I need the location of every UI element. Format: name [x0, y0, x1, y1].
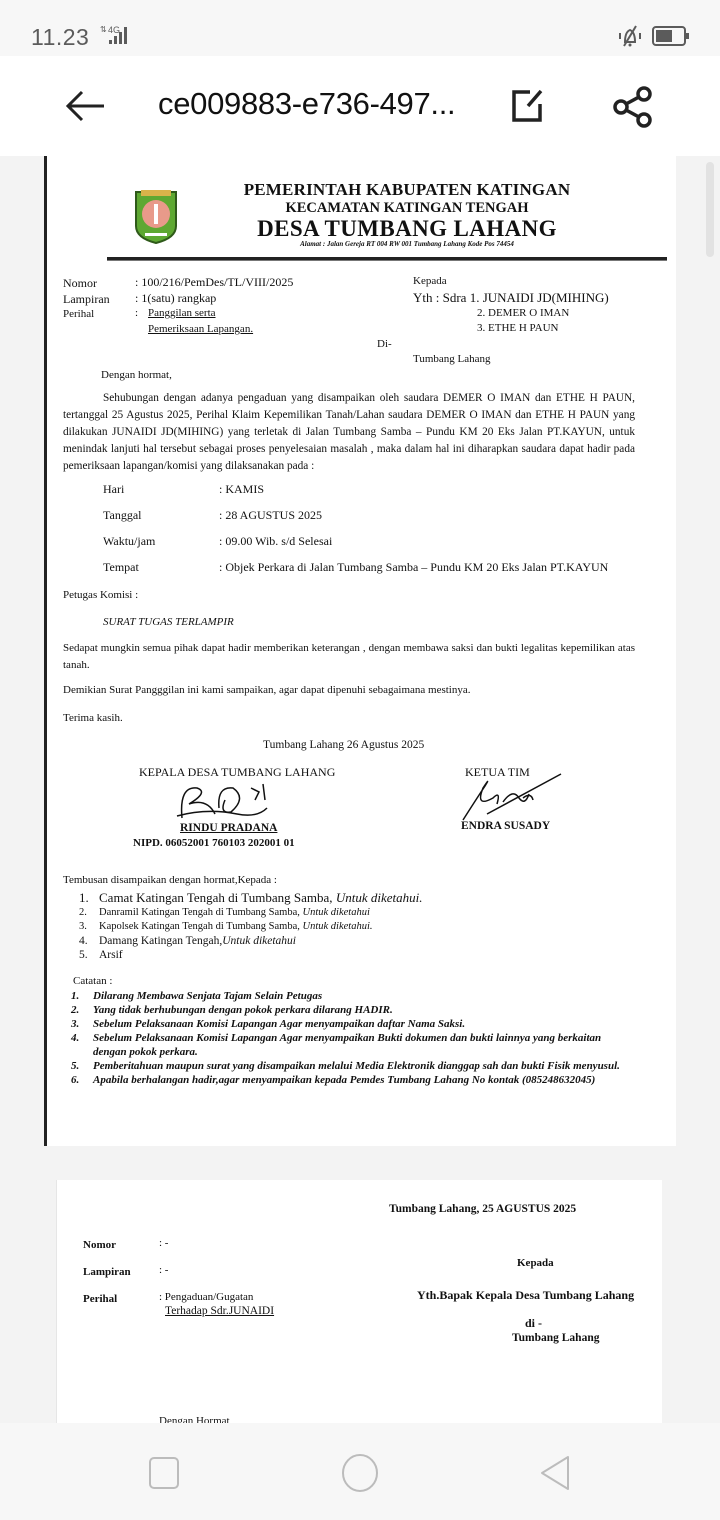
vertical-scrollbar[interactable] [706, 162, 714, 257]
edit-icon[interactable] [508, 86, 548, 126]
page2-di: di - [525, 1316, 542, 1331]
perihal-line1: Panggilan serta [148, 306, 216, 321]
cc-item: 5.Arsif [79, 948, 422, 962]
letterhead-village: DESA TUMBANG LAHANG [147, 216, 667, 242]
document-page-1: PEMERINTAH KABUPATEN KATINGAN KECAMATAN … [44, 156, 676, 1146]
home-circle-icon[interactable] [340, 1453, 380, 1493]
signature-left [167, 778, 297, 826]
recipient-place: Tumbang Lahang [413, 352, 491, 367]
note-item: 4.Sebelum Pelaksanaan Komisi Lapangan Ag… [71, 1031, 631, 1059]
greeting: Dengan hormat, [101, 368, 172, 383]
cc-item: 3.Kapolsek Katingan Tengah di Tumbang Sa… [79, 920, 422, 934]
letterhead-divider [107, 257, 667, 261]
perihal-colon: : [135, 306, 138, 321]
notes-list: 1.Dilarang Membawa Senjata Tajam Selain … [71, 989, 631, 1087]
nomor-value: : 100/216/PemDes/TL/VIII/2025 [135, 275, 293, 290]
battery-icon [652, 25, 690, 47]
signatory-right-name: ENDRA SUSADY [461, 819, 550, 834]
cc-item: 4.Damang Katingan Tengah,Untuk diketahui [79, 934, 422, 948]
cc-list: 1.Camat Katingan Tengah di Tumbang Samba… [79, 890, 422, 962]
nomor-label: Nomor [63, 276, 97, 291]
page2-perihal-line1: : Pengaduan/Gugatan [159, 1290, 253, 1305]
recipient-yth: Yth : Sdra 1. JUNAIDI JD(MIHING) [413, 290, 609, 305]
recipient-kepada: Kepada [413, 274, 447, 289]
document-title: ce009883-e736-497... [158, 86, 455, 122]
body-paragraph: Sehubungan dengan adanya pengaduan yang … [63, 390, 635, 475]
thanks-text: Terima kasih. [63, 711, 123, 726]
page2-nomor-value: : - [159, 1236, 168, 1251]
app-bar: ce009883-e736-497... [0, 56, 720, 156]
cc-item: 2.Danramil Katingan Tengah di Tumbang Sa… [79, 906, 422, 920]
note-item: 6.Apabila berhalangan hadir,agar menyamp… [71, 1073, 631, 1087]
petugas-value: SURAT TUGAS TERLAMPIR [103, 615, 234, 630]
recipient-2: 2. DEMER O IMAN [477, 306, 569, 321]
page2-nomor-label: Nomor [83, 1238, 116, 1253]
document-viewer[interactable]: PEMERINTAH KABUPATEN KATINGAN KECAMATAN … [0, 156, 720, 1423]
page2-yth: Yth.Bapak Kepala Desa Tumbang Lahang [417, 1288, 634, 1303]
note-item: 2.Yang tidak berhubungan dengan pokok pe… [71, 1003, 631, 1017]
page2-place-date: Tumbang Lahang, 25 AGUSTUS 2025 [389, 1202, 576, 1217]
letterhead-government: PEMERINTAH KABUPATEN KATINGAN [147, 180, 667, 200]
status-time: 11.23 [31, 24, 89, 51]
place-date: Tumbang Lahang 26 Agustus 2025 [263, 738, 424, 753]
page2-greeting: Dengan Hormat, [159, 1414, 232, 1423]
letterhead-district: KECAMATAN KATINGAN TENGAH [147, 200, 667, 217]
signatory-left-nip: NIPD. 06052001 760103 202001 01 [133, 836, 295, 851]
paragraph-closing: Demikian Surat Pangggilan ini kami sampa… [63, 683, 471, 698]
back-arrow-icon[interactable] [60, 84, 108, 128]
petugas-label: Petugas Komisi : [63, 588, 138, 603]
recipient-di: Di- [377, 337, 392, 352]
status-bar: 11.23 ⇅ 4G [0, 0, 720, 56]
share-icon[interactable] [610, 84, 656, 130]
lampiran-value: : 1(satu) rangkap [135, 291, 216, 306]
page2-lampiran-value: : - [159, 1263, 168, 1278]
page2-perihal-label: Perihal [83, 1292, 117, 1307]
signatory-left-name: RINDU PRADANA [180, 821, 277, 836]
perihal-line2: Pemeriksaan Lapangan. [148, 322, 253, 337]
recipient-3: 3. ETHE H PAUN [477, 321, 559, 336]
page2-lampiran-label: Lampiran [83, 1265, 131, 1280]
paragraph-attendance: Sedapat mungkin semua pihak dapat hadir … [63, 640, 635, 674]
note-item: 1.Dilarang Membawa Senjata Tajam Selain … [71, 989, 631, 1003]
svg-text:4G: 4G [108, 25, 120, 35]
cc-item: 1.Camat Katingan Tengah di Tumbang Samba… [79, 890, 422, 906]
note-item: 5.Pemberitahuan maupun surat yang disamp… [71, 1059, 631, 1073]
cc-heading: Tembusan disampaikan dengan hormat,Kepad… [63, 873, 277, 888]
back-triangle-icon[interactable] [536, 1453, 576, 1493]
page2-perihal-line2: Terhadap Sdr.JUNAIDI [165, 1304, 274, 1319]
page2-place: Tumbang Lahang [512, 1331, 599, 1346]
notes-heading: Catatan : [73, 974, 112, 989]
document-page-2: Tumbang Lahang, 25 AGUSTUS 2025 Nomor : … [56, 1180, 662, 1423]
note-item: 3.Sebelum Pelaksanaan Komisi Lapangan Ag… [71, 1017, 631, 1031]
navigation-bar [0, 1423, 720, 1520]
perihal-label: Perihal [63, 307, 94, 322]
svg-text:⇅: ⇅ [100, 25, 107, 34]
letterhead-address: Alamat : Jalan Gereja RT 004 RW 001 Tumb… [147, 240, 667, 248]
vibrate-icon [616, 24, 644, 48]
signal-icon: ⇅ 4G [98, 23, 134, 47]
signature-right [457, 768, 567, 824]
recents-square-icon[interactable] [144, 1453, 184, 1493]
page2-kepada: Kepada [517, 1256, 554, 1271]
lampiran-label: Lampiran [63, 292, 110, 307]
